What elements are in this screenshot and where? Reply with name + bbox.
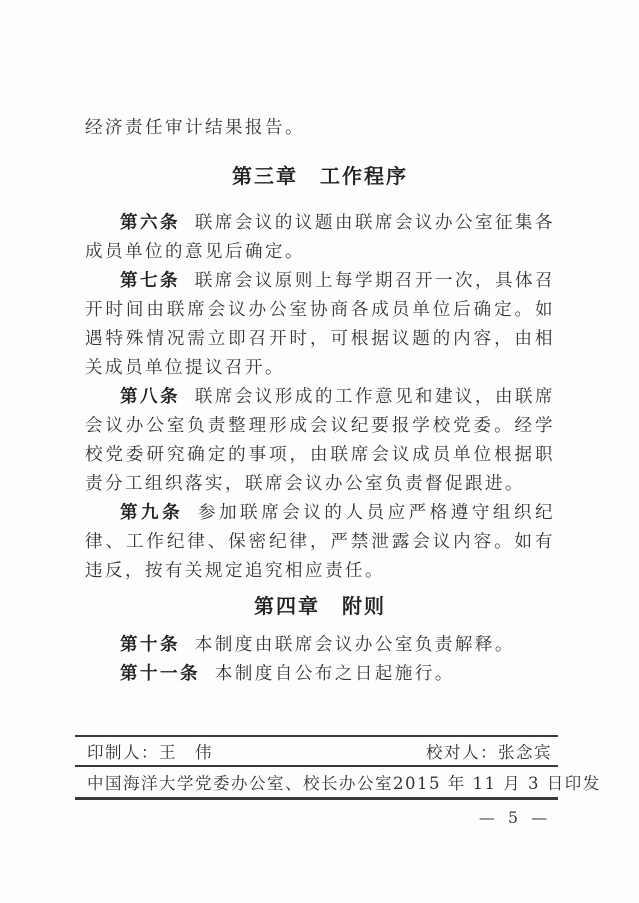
- article-6: 第六条联席会议的议题由联席会议办公室征集各成员单位的意见后确定。: [85, 209, 555, 267]
- article-6-label: 第六条: [120, 213, 180, 233]
- colophon-row-issuer: 中国海洋大学党委办公室、校长办公室 2015 年 11 月 3 日印发: [75, 767, 558, 797]
- printer-cell: 印制人：王 伟: [87, 739, 213, 763]
- page-number: — 5 —: [470, 808, 560, 827]
- chapter-4-heading: 第四章 附则: [85, 590, 555, 623]
- article-8: 第八条联席会议形成的工作意见和建议，由联席会议办公室负责整理形成会议纪要报学校党…: [85, 383, 555, 499]
- article-10-text: 本制度由联席会议办公室负责解释。: [195, 635, 515, 655]
- article-10: 第十条本制度由联席会议办公室负责解释。: [85, 631, 555, 660]
- article-10-label: 第十条: [120, 635, 180, 655]
- article-11-text: 本制度自公布之日起施行。: [215, 664, 455, 684]
- proofreader-name: 张念宾: [498, 743, 552, 762]
- article-7: 第七条联席会议原则上每学期召开一次，具体召开时间由联席会议办公室协商各成员单位后…: [85, 267, 555, 383]
- colophon-row-people: 印制人：王 伟 校对人：张念宾: [75, 737, 558, 767]
- article-11-label: 第十一条: [120, 664, 200, 684]
- chapter-3-heading: 第三章 工作程序: [85, 160, 555, 193]
- article-7-label: 第七条: [120, 271, 180, 291]
- document-body: 经济责任审计结果报告。 第三章 工作程序 第六条联席会议的议题由联席会议办公室征…: [85, 114, 555, 689]
- proofreader-label: 校对人：: [426, 743, 498, 762]
- intro-continuation-line: 经济责任审计结果报告。: [85, 114, 555, 143]
- printer-name: 王 伟: [159, 743, 213, 762]
- colophon-block: 印制人：王 伟 校对人：张念宾 中国海洋大学党委办公室、校长办公室 2015 年…: [75, 735, 558, 800]
- article-9: 第九条参加联席会议的人员应严格遵守组织纪律、工作纪律、保密纪律，严禁泄露会议内容…: [85, 499, 555, 586]
- printer-label: 印制人：: [87, 743, 159, 762]
- issuer-offices: 中国海洋大学党委办公室、校长办公室: [87, 770, 393, 794]
- issue-date: 2015 年 11 月 3 日印发: [393, 770, 601, 794]
- article-11: 第十一条本制度自公布之日起施行。: [85, 660, 555, 689]
- article-9-label: 第九条: [120, 503, 183, 523]
- article-8-label: 第八条: [120, 387, 180, 407]
- proofreader-cell: 校对人：张念宾: [426, 739, 552, 763]
- document-page: 经济责任审计结果报告。 第三章 工作程序 第六条联席会议的议题由联席会议办公室征…: [0, 0, 639, 903]
